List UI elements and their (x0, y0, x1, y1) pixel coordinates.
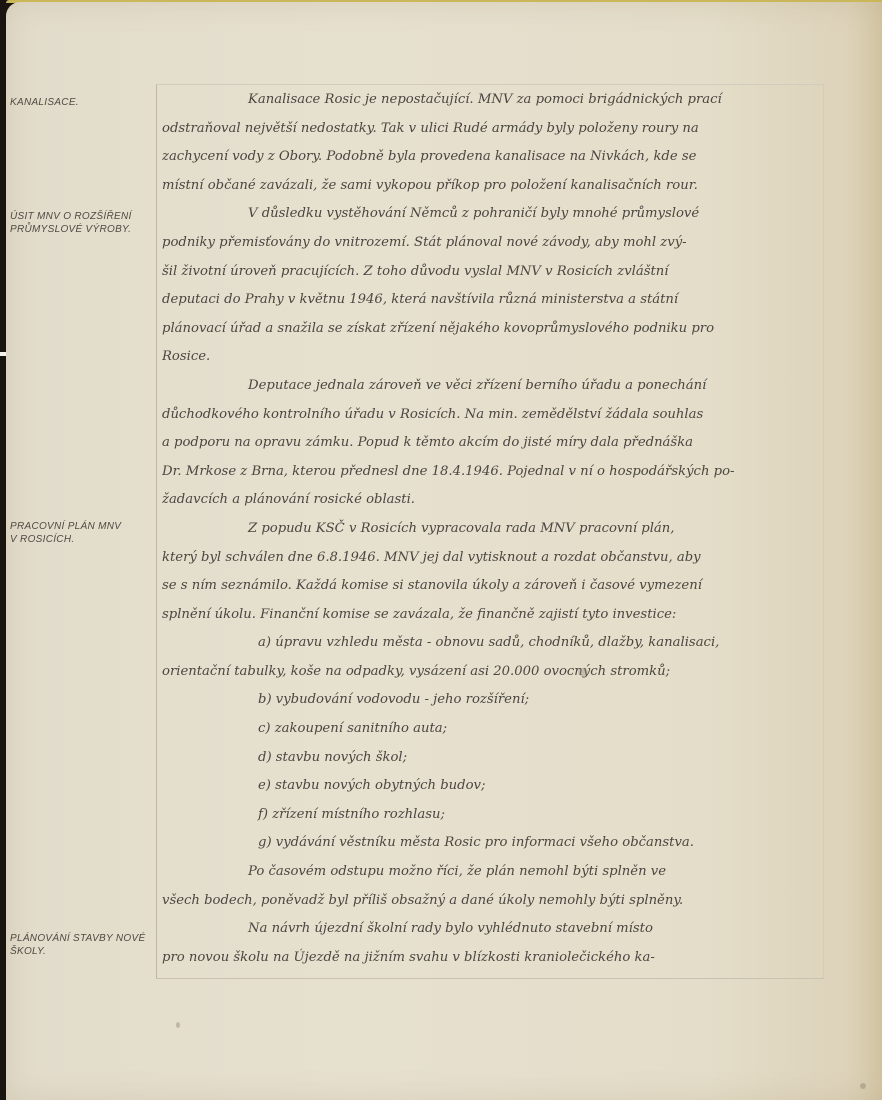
margin-note-kanalisace: Kanalisace. (10, 96, 150, 109)
text-line: V důsledku vystěhování Němců z pohraničí… (162, 200, 822, 229)
list-item: b) vybudování vodovodu - jeho rozšíření; (162, 686, 822, 715)
paper-speck (860, 1083, 866, 1089)
margin-note-label: Kanalisace. (10, 96, 150, 109)
margin-note-label-cont: školy. (10, 945, 150, 958)
margin-note-label: Plánování stavby nové (10, 932, 150, 945)
text-line: všech bodech, poněvadž byl příliš obsažn… (162, 887, 822, 916)
text-line: odstraňoval největší nedostatky. Tak v u… (162, 115, 822, 144)
list-item: g) vydávání věstníku města Rosic pro inf… (162, 829, 822, 858)
text-line: splnění úkolu. Finanční komise se zaváza… (162, 601, 822, 630)
text-line: Rosice. (162, 343, 822, 372)
text-line: Po časovém odstupu možno říci, že plán n… (162, 858, 822, 887)
text-line: šil životní úroveň pracujících. Z toho d… (162, 258, 822, 287)
text-line: který byl schválen dne 6.8.1946. MNV jej… (162, 544, 822, 573)
margin-note-label: Úsit MNV o rozšíření (10, 210, 150, 223)
margin-note-pracovni-plan: Pracovní plán MNV v Rosicích. (10, 520, 150, 546)
text-line: zachycení vody z Obory. Podobně byla pro… (162, 143, 822, 172)
text-line: důchodkového kontrolního úřadu v Rosicíc… (162, 401, 822, 430)
text-line: a podporu na opravu zámku. Popud k těmto… (162, 429, 822, 458)
list-item: d) stavbu nových škol; (162, 744, 822, 773)
text-line: orientační tabulky, koše na odpadky, vys… (162, 658, 822, 687)
text-line: deputaci do Prahy v květnu 1946, která n… (162, 286, 822, 315)
text-line: Z popudu KSČ v Rosicích vypracovala rada… (162, 515, 822, 544)
margin-note-label-cont: průmyslové výroby. (10, 223, 150, 236)
list-item: a) úpravu vzhledu města - obnovu sadů, c… (162, 629, 822, 658)
paper-speck (176, 1022, 180, 1028)
list-item: f) zřízení místního rozhlasu; (162, 801, 822, 830)
chronicle-body: Kanalisace Rosic je nepostačující. MNV z… (162, 86, 822, 972)
ink-smudge (578, 668, 588, 676)
margin-note-label: Pracovní plán MNV (10, 520, 150, 533)
text-line: podniky přemisťovány do vnitrozemí. Stát… (162, 229, 822, 258)
margin-note-usit-mnv: Úsit MNV o rozšíření průmyslové výroby. (10, 210, 150, 236)
text-line: žadavcích a plánování rosické oblasti. (162, 486, 822, 515)
text-line: Kanalisace Rosic je nepostačující. MNV z… (162, 86, 822, 115)
text-line: Na návrh újezdní školní rady bylo vyhléd… (162, 915, 822, 944)
text-line: pro novou školu na Újezdě na jižním svah… (162, 944, 822, 973)
text-line: Deputace jednala zároveň ve věci zřízení… (162, 372, 822, 401)
list-item: c) zakoupení sanitního auta; (162, 715, 822, 744)
margin-note-planovani-skoly: Plánování stavby nové školy. (10, 932, 150, 958)
text-line: Dr. Mrkose z Brna, kterou přednesl dne 1… (162, 458, 822, 487)
text-line: se s ním seznámilo. Každá komise si stan… (162, 572, 822, 601)
margin-note-label-cont: v Rosicích. (10, 533, 150, 546)
list-item: e) stavbu nových obytných budov; (162, 772, 822, 801)
text-line: místní občané zavázali, že sami vykopou … (162, 172, 822, 201)
text-line: plánovací úřad a snažila se získat zříze… (162, 315, 822, 344)
